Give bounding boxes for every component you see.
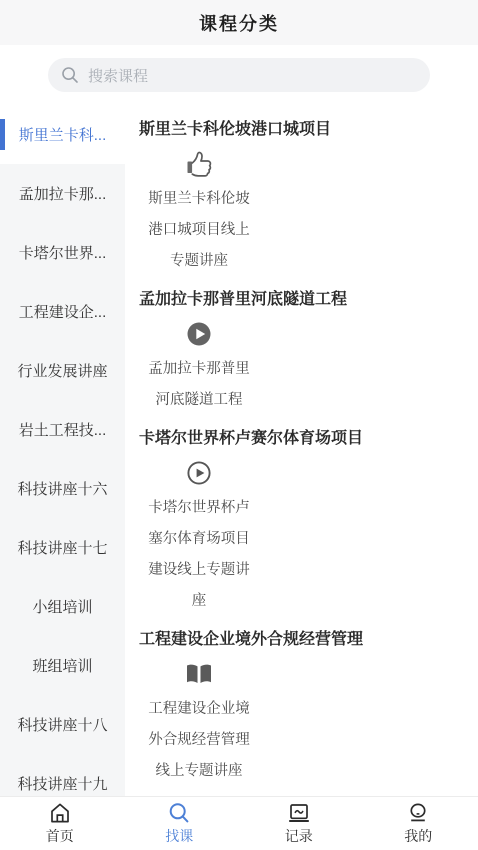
- sidebar-item-11[interactable]: 科技讲座十八: [0, 695, 125, 754]
- category-sidebar: 斯里兰卡科... 孟加拉卡那... 卡塔尔世界... 工程建设企... 行业发展…: [0, 105, 125, 797]
- records-icon: [286, 801, 312, 825]
- search-icon: [61, 66, 79, 84]
- sidebar-item-8[interactable]: 科技讲座十七: [0, 518, 125, 577]
- sidebar-item-label: 岩土工程技...: [19, 419, 107, 440]
- tab-records[interactable]: 记录: [239, 797, 359, 850]
- sidebar-item-12[interactable]: 科技讲座十九: [0, 754, 125, 797]
- sidebar-item-label: 工程建设企...: [19, 301, 107, 322]
- sidebar-item-label: 班组培训: [32, 655, 92, 676]
- sidebar-item-label: 科技讲座十九: [17, 773, 107, 794]
- sidebar-item-label: 小组培训: [32, 596, 92, 617]
- search-input[interactable]: 搜索课程: [48, 58, 430, 92]
- bottom-tab-bar: 首页 找课 记录: [0, 796, 478, 850]
- course-list: 斯里兰卡科伦坡港口城项目 斯里兰卡科伦坡 港口城项目线上 专题讲座 孟加拉卡那普…: [125, 105, 478, 797]
- page-title: 课程分类: [199, 10, 279, 36]
- tab-label: 找课: [165, 826, 193, 846]
- sidebar-item-3[interactable]: 卡塔尔世界...: [0, 223, 125, 282]
- sidebar-item-6[interactable]: 岩土工程技...: [0, 400, 125, 459]
- tab-label: 我的: [404, 826, 432, 846]
- course-title-line: 塞尔体育场项目: [139, 524, 259, 555]
- sidebar-item-label: 科技讲座十七: [17, 537, 107, 558]
- course-title-line: 外合规经营管理: [139, 725, 259, 756]
- search-icon: [167, 801, 191, 825]
- tab-profile[interactable]: 我的: [359, 797, 478, 850]
- section-title: 卡塔尔世界杯卢赛尔体育场项目: [139, 428, 470, 450]
- sidebar-item-label: 科技讲座十八: [17, 714, 107, 735]
- course-title-line: 河底隧道工程: [139, 385, 259, 416]
- sidebar-item-label: 斯里兰卡科...: [19, 124, 107, 145]
- course-card[interactable]: 斯里兰卡科伦坡 港口城项目线上 专题讲座: [139, 147, 259, 277]
- course-title-line: 斯里兰卡科伦坡: [139, 184, 259, 215]
- section-title: 孟加拉卡那普里河底隧道工程: [139, 289, 470, 311]
- open-book-icon: [139, 657, 259, 691]
- sidebar-item-label: 卡塔尔世界...: [19, 242, 107, 263]
- sidebar-item-7[interactable]: 科技讲座十六: [0, 459, 125, 518]
- course-title-line: 卡塔尔世界杯卢: [139, 493, 259, 524]
- sidebar-item-1[interactable]: 斯里兰卡科...: [0, 105, 125, 164]
- course-title-line: 线上专题讲座: [139, 756, 259, 787]
- course-title-line: 工程建设企业境: [139, 694, 259, 725]
- sidebar-item-4[interactable]: 工程建设企...: [0, 282, 125, 341]
- profile-icon: [406, 801, 430, 825]
- course-card[interactable]: 卡塔尔世界杯卢 塞尔体育场项目 建设线上专题讲 座: [139, 456, 259, 617]
- sidebar-item-label: 孟加拉卡那...: [19, 183, 107, 204]
- tab-find-courses[interactable]: 找课: [120, 797, 240, 850]
- course-title-line: 专题讲座: [139, 246, 259, 277]
- section-title: 工程建设企业境外合规经营管理: [139, 629, 470, 651]
- search-placeholder: 搜索课程: [88, 65, 148, 86]
- search-area: 搜索课程: [0, 45, 478, 105]
- course-card[interactable]: 工程建设企业境 外合规经营管理 线上专题讲座: [139, 657, 259, 787]
- course-section-2: 孟加拉卡那普里河底隧道工程 孟加拉卡那普里 河底隧道工程: [139, 289, 470, 416]
- sidebar-item-9[interactable]: 小组培训: [0, 577, 125, 636]
- sidebar-item-label: 科技讲座十六: [17, 478, 107, 499]
- app-screen: 课程分类 搜索课程 斯里兰卡科... 孟加拉卡那... 卡塔尔世界... 工程建…: [0, 0, 478, 850]
- course-title-line: 港口城项目线上: [139, 215, 259, 246]
- content-body: 斯里兰卡科... 孟加拉卡那... 卡塔尔世界... 工程建设企... 行业发展…: [0, 105, 478, 797]
- course-title-line: 孟加拉卡那普里: [139, 354, 259, 385]
- thumbs-up-icon: [139, 147, 259, 181]
- course-section-1: 斯里兰卡科伦坡港口城项目 斯里兰卡科伦坡 港口城项目线上 专题讲座: [139, 119, 470, 277]
- header: 课程分类: [0, 0, 478, 45]
- play-filled-icon: [139, 317, 259, 351]
- course-card[interactable]: 孟加拉卡那普里 河底隧道工程: [139, 317, 259, 416]
- play-outline-icon: [139, 456, 259, 490]
- tab-label: 记录: [285, 826, 313, 846]
- home-icon: [48, 801, 72, 825]
- tab-home[interactable]: 首页: [0, 797, 120, 850]
- sidebar-item-2[interactable]: 孟加拉卡那...: [0, 164, 125, 223]
- section-title: 斯里兰卡科伦坡港口城项目: [139, 119, 470, 141]
- course-section-4: 工程建设企业境外合规经营管理 工程建设企业境 外合规经营管理 线上专题讲座: [139, 629, 470, 787]
- course-section-3: 卡塔尔世界杯卢赛尔体育场项目 卡塔尔世界杯卢 塞尔体育场项目 建设线上专题讲 座: [139, 428, 470, 617]
- tab-label: 首页: [46, 826, 74, 846]
- course-title-line: 建设线上专题讲: [139, 555, 259, 586]
- sidebar-item-label: 行业发展讲座: [17, 360, 107, 381]
- course-title-line: 座: [139, 586, 259, 617]
- sidebar-item-10[interactable]: 班组培训: [0, 636, 125, 695]
- sidebar-item-5[interactable]: 行业发展讲座: [0, 341, 125, 400]
